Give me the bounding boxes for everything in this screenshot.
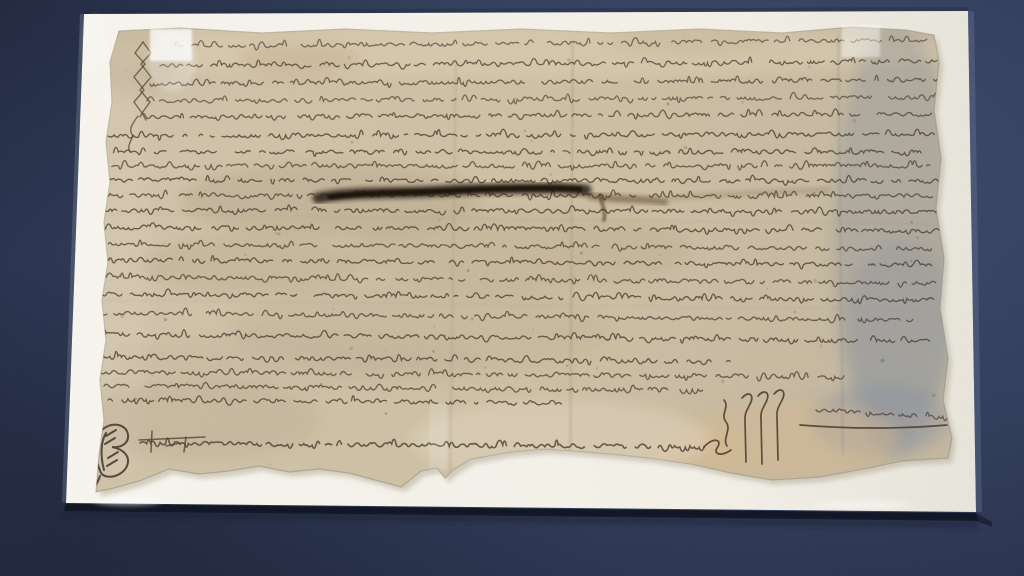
manuscript-photo xyxy=(0,0,1024,576)
photo-grain xyxy=(0,0,1024,576)
scene-svg xyxy=(0,0,1024,576)
